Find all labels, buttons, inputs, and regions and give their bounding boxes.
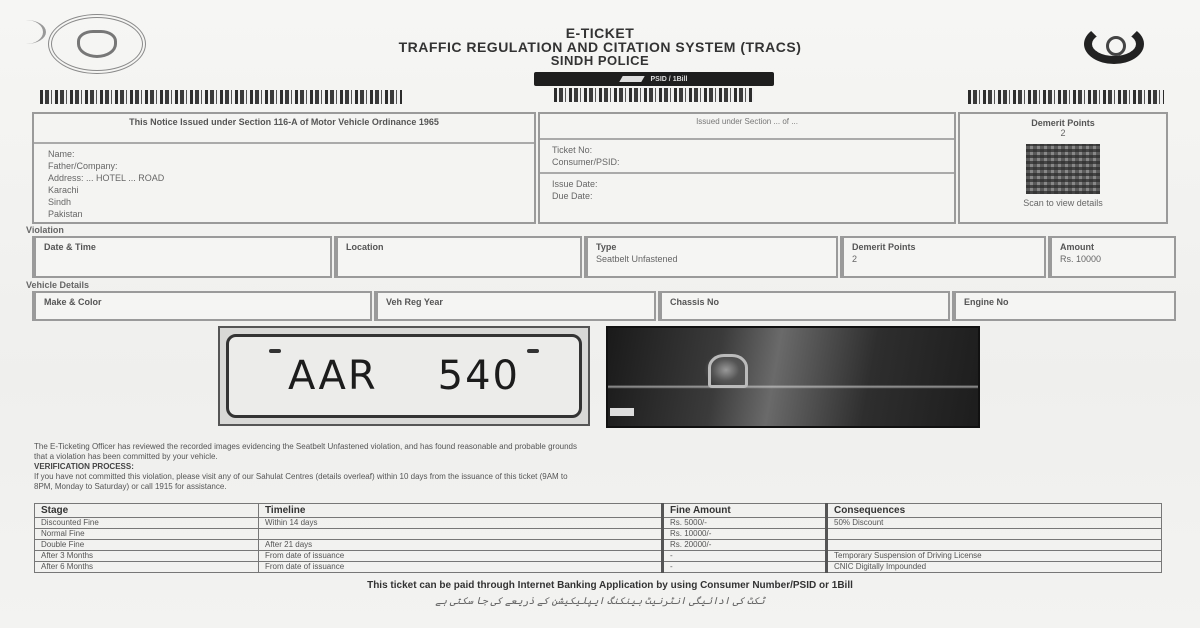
vehicle-section-label: Vehicle Details bbox=[26, 280, 89, 290]
violation-amount: Amount Rs. 10000 bbox=[1048, 236, 1176, 278]
cell-stage: Normal Fine bbox=[35, 529, 259, 540]
violation-demerit-value: 2 bbox=[852, 253, 1036, 265]
paragraph-line-3: If you have not committed this violation… bbox=[34, 472, 1164, 482]
make-label: Make & Color bbox=[44, 296, 362, 308]
table-row: After 6 Months From date of issuance - C… bbox=[35, 562, 1162, 573]
cell-timeline: From date of issuance bbox=[259, 562, 663, 573]
owner-country: Pakistan bbox=[48, 208, 520, 220]
cell-consequence: CNIC Digitally Impounded bbox=[827, 562, 1162, 573]
table-row: After 3 Months From date of issuance - T… bbox=[35, 551, 1162, 562]
violation-type: Type Seatbelt Unfastened bbox=[584, 236, 838, 278]
owner-father: Father/Company: bbox=[48, 160, 520, 172]
ticket-no-label: Ticket No: bbox=[552, 144, 942, 156]
type-label: Type bbox=[596, 241, 828, 253]
e-ticket-document: E-TICKET TRAFFIC REGULATION AND CITATION… bbox=[0, 0, 1200, 628]
ticket-numbers: Ticket No: Consumer/PSID: bbox=[540, 140, 954, 172]
cell-fine: - bbox=[663, 551, 827, 562]
table-header-row: Stage Timeline Fine Amount Consequences bbox=[35, 504, 1162, 518]
barcode-center bbox=[554, 88, 754, 102]
table-row: Normal Fine Rs. 10000/- bbox=[35, 529, 1162, 540]
owner-name: Name: bbox=[48, 148, 520, 160]
owner-details: Name: Father/Company: Address: ... HOTEL… bbox=[34, 144, 534, 224]
title-agency: SINDH POLICE bbox=[200, 54, 1000, 68]
vehicle-make: Make & Color bbox=[32, 291, 372, 321]
camera-timestamp-icon bbox=[610, 408, 634, 416]
number-plate-image: AAR 540 bbox=[218, 326, 590, 426]
demerit-label: Demerit Points bbox=[960, 114, 1166, 128]
notice-owner-box: This Notice Issued under Section 116-A o… bbox=[32, 112, 536, 224]
issue-date-label: Issue Date: bbox=[552, 178, 942, 190]
cell-stage: After 3 Months bbox=[35, 551, 259, 562]
paragraph-line-4: 8PM, Monday to Saturday) or call 1915 fo… bbox=[34, 482, 1164, 492]
psid-badge: PSID / 1Bill bbox=[534, 72, 774, 86]
amount-label: Amount bbox=[1060, 241, 1166, 253]
barcode-left bbox=[40, 90, 402, 104]
verification-heading: VERIFICATION PROCESS: bbox=[34, 462, 1164, 472]
title-system: TRAFFIC REGULATION AND CITATION SYSTEM (… bbox=[200, 40, 1000, 54]
location-label: Location bbox=[346, 241, 572, 253]
vehicle-reg-year: Veh Reg Year bbox=[374, 291, 656, 321]
amount-value: Rs. 10000 bbox=[1060, 253, 1166, 265]
plate-bolt-icon bbox=[527, 349, 539, 353]
title-eticket: E-TICKET bbox=[200, 26, 1000, 40]
ticket-info-box: Issued under Section ... of ... Ticket N… bbox=[538, 112, 956, 224]
table-row: Double Fine After 21 days Rs. 20000/- bbox=[35, 540, 1162, 551]
document-title: E-TICKET TRAFFIC REGULATION AND CITATION… bbox=[200, 26, 1000, 68]
barcode-right bbox=[968, 90, 1164, 104]
date-time-label: Date & Time bbox=[44, 241, 322, 253]
safe-city-logo-icon bbox=[1058, 18, 1170, 70]
qr-code[interactable] bbox=[1026, 144, 1100, 194]
cell-timeline: After 21 days bbox=[259, 540, 663, 551]
vehicle-engine: Engine No bbox=[952, 291, 1176, 321]
owner-city: Karachi bbox=[48, 184, 520, 196]
violation-notice-paragraph: The E-Ticketing Officer has reviewed the… bbox=[34, 442, 1164, 492]
psid-badge-label: PSID / 1Bill bbox=[651, 76, 688, 83]
cell-timeline bbox=[259, 529, 663, 540]
cell-fine: - bbox=[663, 562, 827, 573]
table-row: Discounted Fine Within 14 days Rs. 5000/… bbox=[35, 518, 1162, 529]
paragraph-line-2: that a violation has been committed by y… bbox=[34, 452, 1164, 462]
cell-consequence: Temporary Suspension of Driving License bbox=[827, 551, 1162, 562]
cell-stage: Discounted Fine bbox=[35, 518, 259, 529]
cell-stage: Double Fine bbox=[35, 540, 259, 551]
owner-province: Sindh bbox=[48, 196, 520, 208]
cell-consequence bbox=[827, 529, 1162, 540]
sindh-police-emblem-icon bbox=[48, 14, 146, 74]
violation-demerit-label: Demerit Points bbox=[852, 241, 1036, 253]
due-date-label: Due Date: bbox=[552, 190, 942, 202]
paragraph-line-1: The E-Ticketing Officer has reviewed the… bbox=[34, 442, 1164, 452]
plate-bolt-icon bbox=[269, 349, 281, 353]
chassis-label: Chassis No bbox=[670, 296, 940, 308]
qr-caption: Scan to view details bbox=[960, 198, 1166, 208]
fines-table: Stage Timeline Fine Amount Consequences … bbox=[34, 503, 1162, 573]
engine-label: Engine No bbox=[964, 296, 1166, 308]
reg-year-label: Veh Reg Year bbox=[386, 296, 646, 308]
payment-instructions-urdu: ٹکٹ کی ادائیگی انٹرنیٹ بینکنگ ایپلیکیشن … bbox=[120, 596, 1080, 607]
notice-heading: This Notice Issued under Section 116-A o… bbox=[34, 114, 534, 144]
type-value: Seatbelt Unfastened bbox=[596, 253, 828, 265]
header-consequences: Consequences bbox=[827, 504, 1162, 518]
ticket-dates: Issue Date: Due Date: bbox=[540, 172, 954, 206]
vehicle-chassis: Chassis No bbox=[658, 291, 950, 321]
header-timeline: Timeline bbox=[259, 504, 663, 518]
violation-demerit: Demerit Points 2 bbox=[840, 236, 1046, 278]
payment-instructions: This ticket can be paid through Internet… bbox=[90, 580, 1130, 591]
violation-date-time: Date & Time bbox=[32, 236, 332, 278]
cell-fine: Rs. 5000/- bbox=[663, 518, 827, 529]
cell-timeline: Within 14 days bbox=[259, 518, 663, 529]
arrow-icon bbox=[619, 76, 644, 82]
number-plate: AAR 540 bbox=[226, 334, 582, 418]
header-stage: Stage bbox=[35, 504, 259, 518]
cell-fine: Rs. 20000/- bbox=[663, 540, 827, 551]
header-fine-amount: Fine Amount bbox=[663, 504, 827, 518]
cell-consequence bbox=[827, 540, 1162, 551]
camera-capture-image bbox=[606, 326, 980, 428]
cell-fine: Rs. 10000/- bbox=[663, 529, 827, 540]
plate-letters: AAR bbox=[288, 353, 378, 399]
owner-address: Address: ... HOTEL ... ROAD bbox=[48, 172, 520, 184]
demerit-qr-box: Demerit Points 2 Scan to view details bbox=[958, 112, 1168, 224]
ticket-info-heading: Issued under Section ... of ... bbox=[540, 114, 954, 140]
violation-location: Location bbox=[334, 236, 582, 278]
plate-digits: 540 bbox=[438, 353, 520, 399]
cell-timeline: From date of issuance bbox=[259, 551, 663, 562]
demerit-value: 2 bbox=[960, 128, 1166, 138]
vehicle-silhouette-icon bbox=[708, 354, 748, 388]
corner-stamp bbox=[6, 20, 46, 44]
cell-stage: After 6 Months bbox=[35, 562, 259, 573]
cell-consequence: 50% Discount bbox=[827, 518, 1162, 529]
violation-section-label: Violation bbox=[26, 225, 64, 235]
consumer-psid-label: Consumer/PSID: bbox=[552, 156, 942, 168]
